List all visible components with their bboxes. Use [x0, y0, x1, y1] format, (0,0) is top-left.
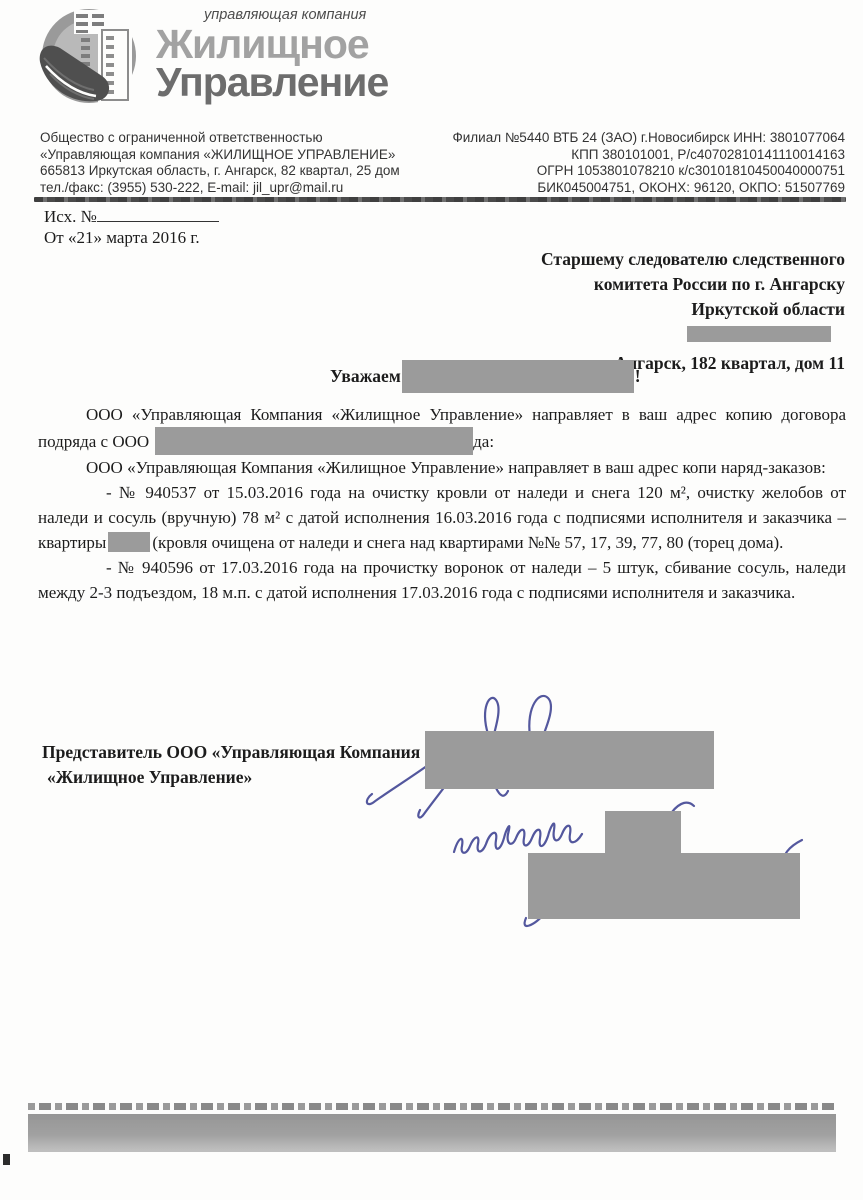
addressee-line: Иркутской области — [415, 297, 845, 322]
reference-block: Исх. № От «21» марта 2016 г. — [44, 206, 219, 248]
scan-artifact-speckle-line — [28, 1103, 836, 1110]
work-order-item-1: - № 940537 от 15.03.2016 года на очистку… — [38, 480, 846, 555]
kpp-account: КПП 380101001, Р/с40702810141110014163 — [405, 147, 845, 164]
paragraph-contract-tail: да: — [473, 432, 494, 451]
addressee-name-redaction — [687, 326, 831, 342]
letter-body: ООО «Управляющая Компания «Жилищное Упра… — [38, 402, 846, 605]
addressee-block: Старшему следователю следственного комит… — [415, 247, 845, 376]
salutation-line: Уважаем ! — [330, 360, 641, 393]
outgoing-number-line: Исх. № — [44, 206, 219, 227]
salutation-suffix: ! — [635, 366, 641, 387]
outgoing-number-blank — [97, 207, 219, 222]
company-details-right: Филиал №5440 ВТБ 24 (ЗАО) г.Новосибирск … — [405, 130, 845, 196]
company-logo-text: управляющая компания Жилищное Управление — [156, 8, 388, 101]
apartment-number-redaction — [108, 532, 150, 552]
company-details-left: Общество с ограниченной ответственностью… — [40, 130, 440, 196]
signature-redaction-block — [605, 811, 681, 854]
scan-artifact-gray-bar — [28, 1114, 836, 1152]
salutation-name-redaction — [402, 360, 634, 393]
hand-building-logo-icon — [36, 4, 158, 110]
company-address: 665813 Иркутская область, г. Ангарск, 82… — [40, 163, 440, 180]
ogrn-corr-account: ОГРН 1053801078210 к/с301018104500400007… — [405, 163, 845, 180]
work-order-item-2: - № 940596 от 17.03.2016 года на прочист… — [38, 555, 846, 605]
scan-artifact-dot — [3, 1154, 10, 1165]
logo-name-line2: Управление — [156, 63, 388, 101]
header-divider-line — [34, 197, 846, 202]
salutation-prefix: Уважаем — [330, 366, 401, 387]
scanned-letter-page: управляющая компания Жилищное Управление… — [0, 0, 863, 1200]
paragraph-contract: ООО «Управляющая Компания «Жилищное Упра… — [38, 402, 846, 455]
bik-okonh-okpo: БИК045004751, ОКОНХ: 96120, ОКПО: 515077… — [405, 180, 845, 197]
company-logo-icon — [36, 4, 158, 110]
work-order-item-1-tail: (кровля очищена от наледи и снега над кв… — [152, 533, 783, 552]
company-contacts: тел./факс: (3955) 530-222, E-mail: jil_u… — [40, 180, 440, 197]
company-form: Общество с ограниченной ответственностью — [40, 130, 440, 147]
signature-redaction-block — [528, 853, 800, 919]
paragraph-work-orders: ООО «Управляющая Компания «Жилищное Упра… — [38, 455, 846, 480]
outgoing-number-label: Исх. № — [44, 207, 97, 226]
signature-redaction-block — [425, 731, 714, 789]
addressee-line: Старшему следователю следственного — [415, 247, 845, 272]
letter-date: От «21» марта 2016 г. — [44, 227, 219, 248]
logo-name-line1: Жилищное — [156, 25, 388, 63]
addressee-line: комитета России по г. Ангарску — [415, 272, 845, 297]
bank-branch-inn: Филиал №5440 ВТБ 24 (ЗАО) г.Новосибирск … — [405, 130, 845, 147]
contractor-name-redaction — [155, 427, 473, 455]
company-name: «Управляющая компания «ЖИЛИЩНОЕ УПРАВЛЕН… — [40, 147, 440, 164]
